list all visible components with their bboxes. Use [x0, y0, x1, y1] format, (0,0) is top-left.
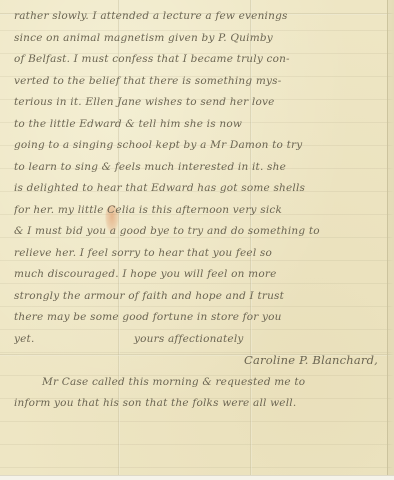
letter-line: is delighted to hear that Edward has got…: [14, 178, 380, 200]
letter-line: to learn to sing & feels much interested…: [14, 157, 380, 179]
letter-line: since on animal magnetism given by P. Qu…: [14, 28, 380, 50]
letter-line: to the little Edward & tell him she is n…: [14, 114, 380, 136]
closing: yours affectionately: [134, 329, 244, 351]
letter-line: relieve her. I feel sorry to hear that y…: [14, 243, 380, 265]
letter-line: there may be some good fortune in store …: [14, 307, 380, 329]
letter-page: rather slowly. I attended a lecture a fe…: [0, 0, 394, 480]
letter-line: going to a singing school kept by a Mr D…: [14, 135, 380, 157]
letter-line: yet.: [14, 333, 35, 345]
paper-bottom-edge: [0, 475, 394, 480]
letter-line: rather slowly. I attended a lecture a fe…: [14, 6, 380, 28]
signature: Caroline P. Blanchard,: [14, 350, 380, 372]
letter-line: terious in it. Ellen Jane wishes to send…: [14, 92, 380, 114]
postscript-line: inform you that his son that the folks w…: [14, 393, 380, 415]
letter-line: much discouraged. I hope you will feel o…: [14, 264, 380, 286]
postscript-line: Mr Case called this morning & requested …: [14, 372, 380, 394]
letter-line: verted to the belief that there is somet…: [14, 71, 380, 93]
letter-line: & I must bid you a good bye to try and d…: [14, 221, 380, 243]
letter-body: rather slowly. I attended a lecture a fe…: [14, 6, 380, 415]
letter-line: for her. my little Celia is this afterno…: [14, 200, 380, 222]
letter-line: of Belfast. I must confess that I became…: [14, 49, 380, 71]
paper-right-edge: [387, 0, 394, 480]
letter-line: strongly the armour of faith and hope an…: [14, 286, 380, 308]
letter-line-with-closing: yet. yours affectionately: [14, 329, 380, 351]
